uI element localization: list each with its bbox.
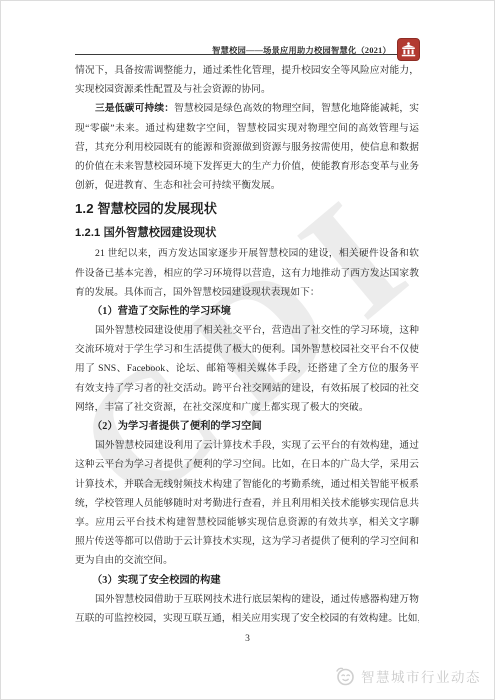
doc-line: 用了 SNS、Facebook、论坛、邮箱等相关媒体手段，还搭建了全方位的服务平…: [75, 359, 419, 378]
doc-line: 情况下，具备按需调整能力，通过柔性化管理，提升校园安全等风险应对能力，: [75, 61, 419, 80]
section-heading: 1.2.1 国外智慧校园建设现状: [75, 222, 419, 244]
doc-line: 实现校园资源柔性配置及与社会资源的协同。: [75, 80, 419, 99]
doc-line: （3）实现了安全校园的构建: [75, 571, 419, 590]
doc-line: 创新，促进教育、生态和社会可持续平衡发展。: [75, 176, 419, 195]
doc-line: 互联的可监控校园，实现互联互通，相关应用实现了安全校园的有效构建。比如，: [75, 609, 419, 628]
doc-line: 国外智慧校园建设使用了相关社交平台，营造出了社交性的学习环境，这种: [75, 321, 419, 340]
document-page: { "header": { "title": "智慧校园——场景应用助力校园智慧…: [0, 0, 495, 700]
doc-line: 国外智慧校园建设利用了云计算技术手段，实现了云平台的有效构建，通过: [75, 436, 419, 455]
doc-line: 统，学校管理人员能够随时对考勤进行查看，并且利用相关技术能够实现信息共: [75, 494, 419, 513]
doc-line: 计算技术，并联合无线射频技术构建了智能化的考勤系统，通过相关智能平板系: [75, 475, 419, 494]
doc-line: 21 世纪以来，西方发达国家逐步开展智慧校园的建设，相关硬件设备和软: [75, 244, 419, 263]
page-number: 3: [0, 634, 495, 644]
doc-line: （2）为学习者提供了便利的学习空间: [75, 417, 419, 436]
doc-line: 交流环境对于学生学习和生活提供了极大的便利。国外智慧校园社交平台不仅使: [75, 340, 419, 359]
header-title: 智慧校园——场景应用助力校园智慧化（2021）: [212, 37, 391, 56]
section-heading: 1.2 智慧校园的发展现状: [75, 195, 419, 222]
document-lines: 情况下，具备按需调整能力，通过柔性化管理，提升校园安全等风险应对能力，实现校园资…: [75, 61, 419, 628]
doc-line: 网络，丰富了社交资源，在社交深度和广度上都实现了极大的突破。: [75, 398, 419, 417]
doc-line: 这种云平台为学习者提供了便利的学习空间。比如，在日本的广岛大学，采用云: [75, 455, 419, 474]
doc-line: 营，其充分利用校园既有的能源和资源做到资源与服务按需使用，使信息和数据: [75, 138, 419, 157]
footer-brand: 智慧城市行业动态: [333, 664, 481, 688]
page-header: 智慧校园——场景应用助力校园智慧化（2021）: [75, 32, 420, 61]
doc-line: 育的发展。具体而言，国外智慧校园建设现状表现如下：: [75, 283, 419, 302]
footer-brand-label: 智慧城市行业动态: [361, 666, 481, 686]
doc-line: 现“零碳”未来。通过构建数字空间，智慧校园实现对物理空间的高效管理与运: [75, 119, 419, 138]
doc-line: 国外智慧校园借助于互联网技术进行底层架构的建设，通过传感器构建万物: [75, 590, 419, 609]
doc-line: 件设备已基本完善，相应的学习环境得以营造，这有力地推动了西方发达国家教: [75, 264, 419, 283]
doc-line: 更为自由的交流空间。: [75, 551, 419, 570]
academy-building-icon: [397, 38, 420, 61]
doc-line: 有效支持了学习者的社交活动。跨平台社交网站的建设，有效拓展了校园的社交: [75, 379, 419, 398]
winking-face-icon: [333, 664, 357, 688]
doc-line: 的价值在未来智慧校园环境下发挥更大的生产力价值，使能教育形态变革与业务: [75, 157, 419, 176]
doc-line: 三是低碳可持续：智慧校园是绿色高效的物理空间，智慧化地降能减耗，实: [75, 99, 419, 118]
doc-line: 享。应用云平台技术构建智慧校园能够实现信息资源的有效共享，相关文字聊天、: [75, 513, 419, 532]
doc-line: （1）营造了交际性的学习环境: [75, 302, 419, 321]
doc-line: 照片传送等都可以借助于云计算技术实现，这为学习者提供了便利的学习空间和: [75, 532, 419, 551]
